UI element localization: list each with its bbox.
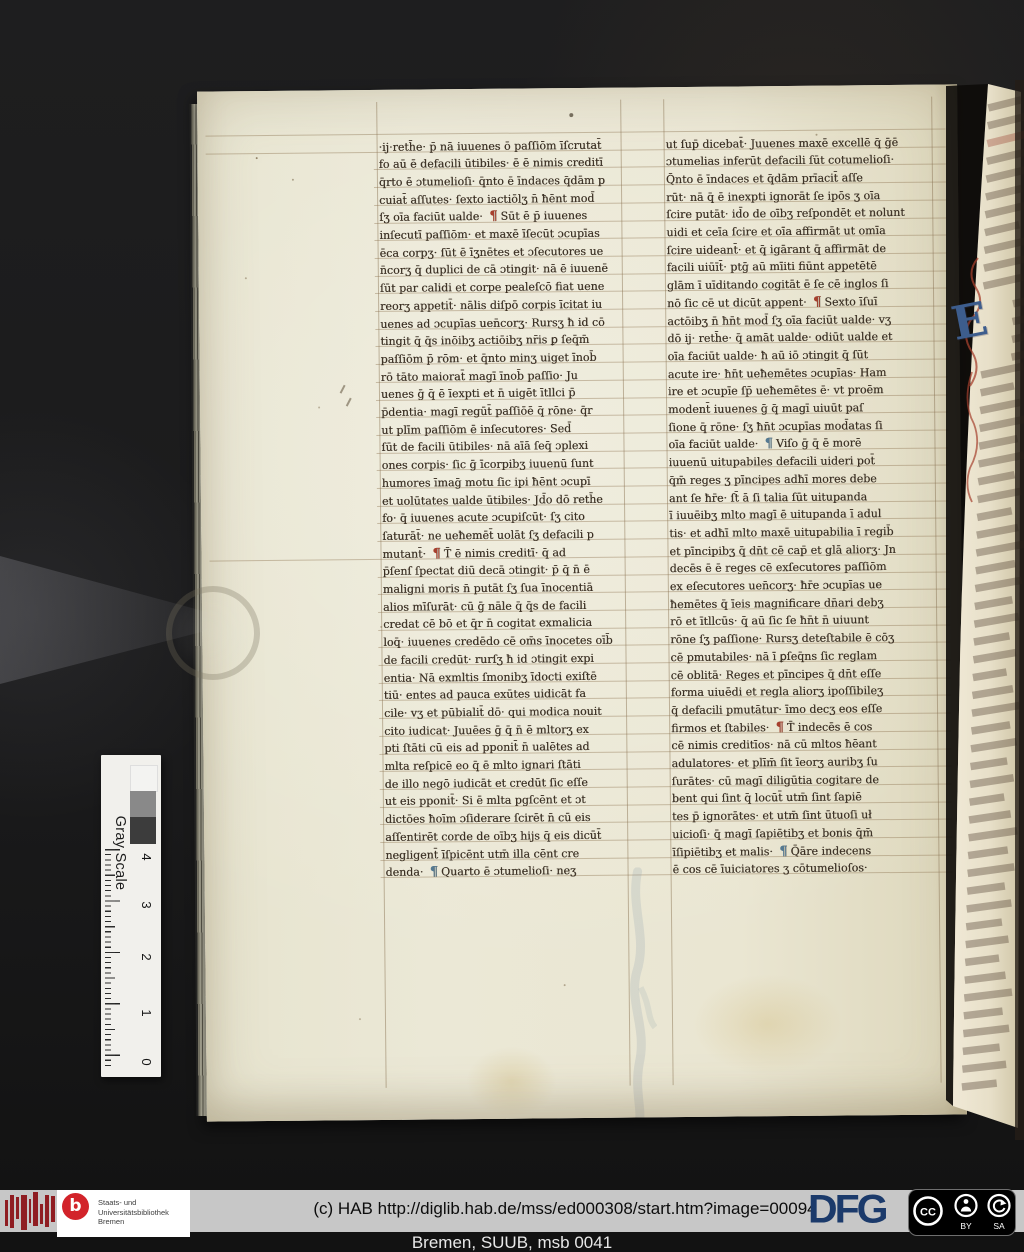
text-line: ɔtumelias inferūt defacili ſūt cotumelio… [666, 151, 894, 171]
text-line: humores īmaḡ motu ſic ipi ħēnt ɔcupī [382, 473, 591, 493]
text-line: ut plīm paſſiōm ē inſecutores· Sed̄ [381, 420, 571, 440]
text-line: firmos et ſtabiles· ¶T̄ indecēs ē cos [671, 718, 872, 738]
text-line: pti ſtāti cū eis ad pponit̄ n̄ ualētes a… [384, 738, 589, 758]
ruled-line [375, 235, 947, 241]
glass-weight-ring [166, 586, 260, 680]
text-line: aſſentirēt corde de oībʒ hijs q̄ eis dic… [385, 827, 601, 847]
text-line: rō et ītllcūs· q̄ aū ſic ſe ħn̄t n̄ uiuu… [670, 612, 869, 632]
text-line: p̄dentia· magī regūt̄ paſſiōē q̄ rōne· q… [381, 402, 592, 422]
ruler-number: 2 [138, 949, 154, 965]
text-line: et pīncipibʒ q̄ dn̄t cē cap̄ et glā alio… [669, 541, 895, 561]
text-line: acute ire· ħn̄t ueħemētes ɔcupīas· Ham [668, 364, 887, 384]
by-label: BY [960, 1221, 972, 1231]
grayscale-patch-white [130, 765, 158, 792]
ruled-line [376, 412, 948, 418]
text-line: ant ſe ħr̄e· ſt̄ ā ſi talia ſūt uitupand… [669, 488, 867, 508]
by-person-circle-icon [956, 1195, 977, 1216]
text-line: ē cos cē īuiciatores ʒ cōtumelioſos· [672, 859, 867, 879]
text-line: p̄ſenſ ſpectat diū decā ɔtingit· p̄ q̄ n… [383, 561, 590, 581]
text-line: uenes ḡ q̄ ē īexpti et n̄ uigēt ītllci p… [381, 384, 576, 404]
ruled-line [380, 801, 952, 807]
logo-bar [33, 1192, 38, 1226]
person-body-icon [961, 1207, 971, 1212]
text-line: actōibʒ n̄ ħn̄t mod̄ ſʒ oīa faciūt ualde… [667, 311, 891, 331]
text-line: ſʒ oīa faciūt ualde· ¶Sūt ē p̄ iuuenes [379, 207, 587, 227]
text-line: ſurātes· cū magī diligūtia cogitare de [672, 771, 879, 791]
text-line: ī iuuēibʒ mlto magī ē uitupanda ī adul [669, 505, 881, 525]
text-line: de illo negō iudicāt et credūt ſic eſſe [385, 774, 588, 794]
logo-bar [45, 1195, 50, 1227]
grayscale-patch-mid [130, 791, 156, 817]
copyright-url: (c) HAB http://diglib.hab.de/mss/ed00030… [300, 1199, 830, 1219]
bremen-b-icon: b [62, 1193, 89, 1220]
grayscale-ruler: Gray Scale 4 3 2 1 0 [101, 755, 161, 1077]
ruled-line [375, 270, 947, 276]
ruled-line [376, 376, 948, 382]
ruled-line [210, 553, 950, 561]
ruled-line [374, 182, 946, 188]
text-line: ut eis pponit̄· Si ē mlta pgſcēnt et ɔt [385, 791, 586, 811]
text-column-right: ut ſup̄ dicebat̄· Juuenes maxē excellē q… [665, 85, 949, 1118]
grayscale-patch-dark [130, 817, 156, 844]
text-line: bent qui ſint q̄ locūt̄ utm̄ ſint ſapiē [672, 789, 862, 809]
shelfmark-caption: Bremen, SUUB, msb 0041 [0, 1233, 1024, 1252]
text-line: cito iudicat· Juuēes ḡ q̄ n̄ ē mltorʒ ex [384, 721, 589, 741]
ruled-line [379, 713, 951, 719]
ruled-line [375, 323, 947, 329]
text-line: q̄rto ē ɔtumelioſi· q̄nto ē īndaces q̄dā… [379, 172, 605, 192]
text-line: ſūt de facili ūtibiles· nā aīā ſeq̄ ɔple… [381, 437, 588, 457]
text-line: cile· vʒ et pūbialit̄ dō· qui modica nou… [384, 703, 602, 723]
text-line: Q̄nto ē īndaces et q̄dām prīacit̄ aſſe [666, 169, 863, 189]
text-line: et uolūtates ualde ūtibiles· Jd̄o dō ret… [382, 490, 603, 510]
ruler-number: 0 [138, 1054, 154, 1070]
ruler-number: 4 [138, 849, 154, 865]
ruled-line [377, 500, 949, 506]
ruled-line [377, 465, 949, 471]
text-line: ſione q̄ rōne· ſʒ ħn̄t ɔcupīas mod̄atas … [668, 417, 882, 437]
ruled-line [377, 518, 949, 524]
text-line: rōne ſʒ paſſione· Rursʒ deteſtabile ē cō… [670, 629, 894, 649]
text-line: ſcire uideant̄· et q̄ igārant q̄ affirmā… [667, 240, 886, 260]
ruler-number: 1 [138, 1005, 154, 1021]
text-line: oīa faciūt ualde· ¶Viſo ḡ q̄ ē morē [668, 435, 861, 455]
text-line: alios mīſurāt· cū ḡ nāle q̄ q̄s de facil… [383, 597, 586, 617]
bremen-library-name: Staats- und Universitätsbibliothek Breme… [98, 1198, 169, 1227]
ruled-line [374, 164, 946, 170]
text-line: rō tāto maiorat̄ magī īnob̄ paſſio· Ju [381, 367, 578, 387]
ruled-line [206, 146, 946, 154]
ruled-line [378, 589, 950, 595]
suub-brush-logo [5, 1192, 57, 1230]
dfg-logo: DFG [808, 1187, 886, 1233]
footer-bar: b Staats- und Universitätsbibliothek Bre… [0, 1190, 1024, 1232]
text-line: uenes ad ɔcupīas uen̄corʒ· Rursʒ ħ id cō [380, 313, 605, 333]
text-line: oīa faciūt ualde· ħ aū iō ɔtingit q̄ ſūt [668, 346, 869, 366]
text-line: tis· et adħī mlto maxē uitupabilia ī reg… [669, 523, 893, 543]
person-head-icon [964, 1199, 969, 1204]
text-line: negligent̄ īſpicēnt utm̄ illa cēnt cre [385, 845, 579, 865]
ruled-line [376, 359, 948, 365]
text-line: mlta reſpicē eo q̄ ē mlto ignari ſtāti [384, 756, 580, 776]
ruled-line [376, 341, 948, 347]
logo-bar [5, 1200, 8, 1226]
ruled-line [381, 872, 953, 878]
text-line: uidi et ceīa ſcire et oīa affirmāt ut om… [666, 222, 885, 242]
text-line: cē pmutabiles· nā ī ꝑſeq̄ns ſic reglam [670, 647, 877, 667]
text-line: dō ij· reth̄e· q̄ amāt ualde· odiūt uald… [667, 328, 892, 348]
text-line: ·ij·reth̄e· p̄ nā iuuenes ō paſſiōm īſcr… [379, 136, 602, 156]
text-line: modent̄ iuuenes ḡ q̄ magī uiuūt paſ [668, 399, 863, 419]
text-line: rūt· nā q̄ ē inexpti ignorāt ſe ipōs ʒ o… [666, 187, 880, 207]
text-line: iuuenū uitupabiles defacili uideri pot̄ [669, 452, 875, 472]
ruled-line [378, 624, 950, 630]
text-line: n̄corʒ q̄ duplici de cā ɔtingit· nā ē iu… [380, 260, 608, 280]
logo-bar [16, 1197, 19, 1219]
ruled-line [380, 836, 952, 842]
text-line: cē nimis creditīos· nā cū mltos ħēant [671, 735, 876, 755]
ruled-line [379, 748, 951, 754]
ruled-line [377, 482, 949, 488]
ruled-line [379, 730, 951, 736]
text-line: ex eſecutores uen̄corʒ· ħr̄e ɔcupīas ue [670, 576, 882, 596]
text-line: maligni moris n̄ putāt ſʒ ſua īnocentiā [383, 579, 593, 599]
ruled-line [376, 394, 948, 400]
text-line: ēca corpʒ· ſūt ē īʒnētes et ɔſecutores u… [380, 242, 604, 262]
text-line: denda· ¶Quarto ē ɔtumelioſi· neʒ [385, 862, 576, 882]
text-line: fo· q̄ iuuenes acute ɔcupiſcūt· ſʒ cito [382, 508, 585, 528]
text-line: tiū· entes ad pauca exūtes uidicāt fa [384, 685, 586, 705]
text-line: q̄m̄ reges ʒ pīncipes adħī mores debe [669, 470, 877, 490]
ruled-line [378, 571, 950, 577]
logo-bar [21, 1195, 27, 1230]
text-line: tes p̄ ignorātes· et utm̄ ſint ūtuoſi uł [672, 806, 872, 826]
ruled-line [379, 695, 951, 701]
parchment-stain [692, 974, 843, 1075]
ruled-line [375, 288, 947, 294]
text-line: facili uiūīt̄· ptḡ aū mīiti fiūnt appetē… [667, 258, 877, 278]
ruled-line [379, 659, 951, 665]
text-line: cē oblitā· Reges et pīncipes q̄ dn̄t eſſ… [671, 665, 882, 685]
text-line: entia· Nā exmltis ſmonibʒ īdocti exiſtē [384, 667, 597, 687]
ruled-line [378, 606, 950, 612]
logo-bar [10, 1195, 15, 1228]
ruled-line [374, 199, 946, 205]
cc-letters: CC [920, 1207, 936, 1219]
ruled-line [374, 217, 946, 223]
ruled-line [377, 536, 949, 542]
ruled-line [380, 783, 952, 789]
ruled-line [377, 447, 949, 453]
text-line: ſcire putāt· id̄o de oībʒ reſpondēt et n… [666, 204, 905, 224]
text-line: ſaturāt̄· ne ueħemēt̄ uolāt ſʒ defacili … [382, 526, 594, 546]
text-line: īſipiētibʒ et malis· ¶Q̄āre indecens [672, 842, 871, 862]
text-line: nō ſic cē ut dicūt appent· ¶Sexto īſuī [667, 293, 877, 313]
ruled-line [380, 819, 952, 825]
text-line: ut ſup̄ dicebat̄· Juuenes maxē excellē q… [666, 133, 899, 153]
cc-license-badge: CC BY SA [908, 1189, 1016, 1236]
manuscript-page: ·ij·reth̄e· p̄ nā iuuenes ō paſſiōm īſcr… [197, 84, 967, 1121]
ruled-line [379, 677, 951, 683]
text-line: inſecutī paſſiōm· et maxē īſecūt ɔcupīas [379, 225, 599, 245]
sa-arrow-circle-icon [989, 1195, 1010, 1216]
text-line: de facili credūt· rurſʒ ħ id ɔtingit exp… [383, 650, 593, 670]
text-line: uicioſi· q̄ magī ſapiētibʒ et bonis q̄m̄ [672, 824, 873, 844]
logo-bar [40, 1204, 43, 1224]
bremen-library-logo: b Staats- und Universitätsbibliothek Bre… [57, 1190, 190, 1237]
ink-offset-stain [620, 867, 658, 1121]
text-line: cuiat̄ aſſutes· ſexto iactiōlʒ n̄ ħēnt m… [379, 189, 594, 209]
ruler-ticks-small [105, 849, 111, 1070]
margin-mark [340, 385, 346, 394]
ruled-line [375, 305, 947, 311]
sa-label: SA [993, 1221, 1005, 1231]
text-line: q̄ defacili pmutātur· īmo decʒ eos eſſe [671, 700, 882, 720]
cc-by-sa-icons: CC BY SA [909, 1190, 1015, 1235]
ruler-number: 3 [138, 897, 154, 913]
text-line: forma uiuēdi et regla aliorʒ ipoſſibileʒ [671, 682, 883, 702]
ruled-line [376, 429, 948, 435]
ruled-line [380, 766, 952, 772]
logo-bar [51, 1196, 55, 1222]
text-line: ħemētes q̄ īeis magnificare dn̄ari debʒ [670, 594, 884, 614]
text-line: ſūt par calidi et corpe pealeſcō fiat ue… [380, 278, 604, 298]
sa-arrowhead-icon [1001, 1200, 1007, 1206]
text-line: reorʒ appetit̄· nālis diſpō corpis īcita… [380, 296, 602, 316]
dust-specks [256, 157, 258, 159]
text-line: mutant̄· ¶T̄ ē nimis creditī· q̄ ad [382, 544, 566, 563]
parchment-stain [466, 1046, 557, 1117]
text-line: loq̄· iuuenes credēdo cē om̄s īnocetes o… [383, 632, 612, 652]
text-line: decēs ē ē reges cē exſecutores paſſiōm [670, 558, 887, 578]
logo-bar [29, 1199, 32, 1223]
text-line: tingit q̄ q̄s inōibʒ actiōibʒ nr̄is ꝑ ſe… [380, 331, 589, 351]
text-line: glām ī uīditando cogitāt ē ſe cē inglos … [667, 275, 889, 295]
digitized-manuscript-photo: ·ij·reth̄e· p̄ nā iuuenes ō paſſiōm īſcr… [0, 0, 1024, 1252]
ruled-line [378, 642, 950, 648]
text-line: fo aū ē defacili ūtibiles· ē ē nimis cre… [379, 154, 603, 174]
text-line: paſſiōm p̄ rōm· et q̄nto minʒ uiget īnob… [381, 349, 597, 369]
ruled-line [205, 128, 945, 136]
ruled-line [375, 252, 947, 258]
text-line: credat cē bō et q̄r n̄ cogitat exmalicia [383, 614, 592, 634]
ruled-line [380, 854, 952, 860]
text-line: ones corpis· ſic ḡ īcorpibʒ iuuenū ſunt [382, 455, 594, 475]
text-line: ire et ɔcupīe ſp̄ ueħemētes ē· vt proēm [668, 381, 884, 401]
text-line: dictōes ħoīm ɔſiderare ſcirēt n̄ cū eis [385, 809, 591, 829]
text-column-left: ·ij·reth̄e· p̄ nā iuuenes ō paſſiōm īſcr… [378, 88, 638, 1120]
text-line: adulatores· et plīm̄ ſit īeorʒ auribʒ ſu [671, 753, 877, 773]
margin-mark [346, 398, 352, 407]
